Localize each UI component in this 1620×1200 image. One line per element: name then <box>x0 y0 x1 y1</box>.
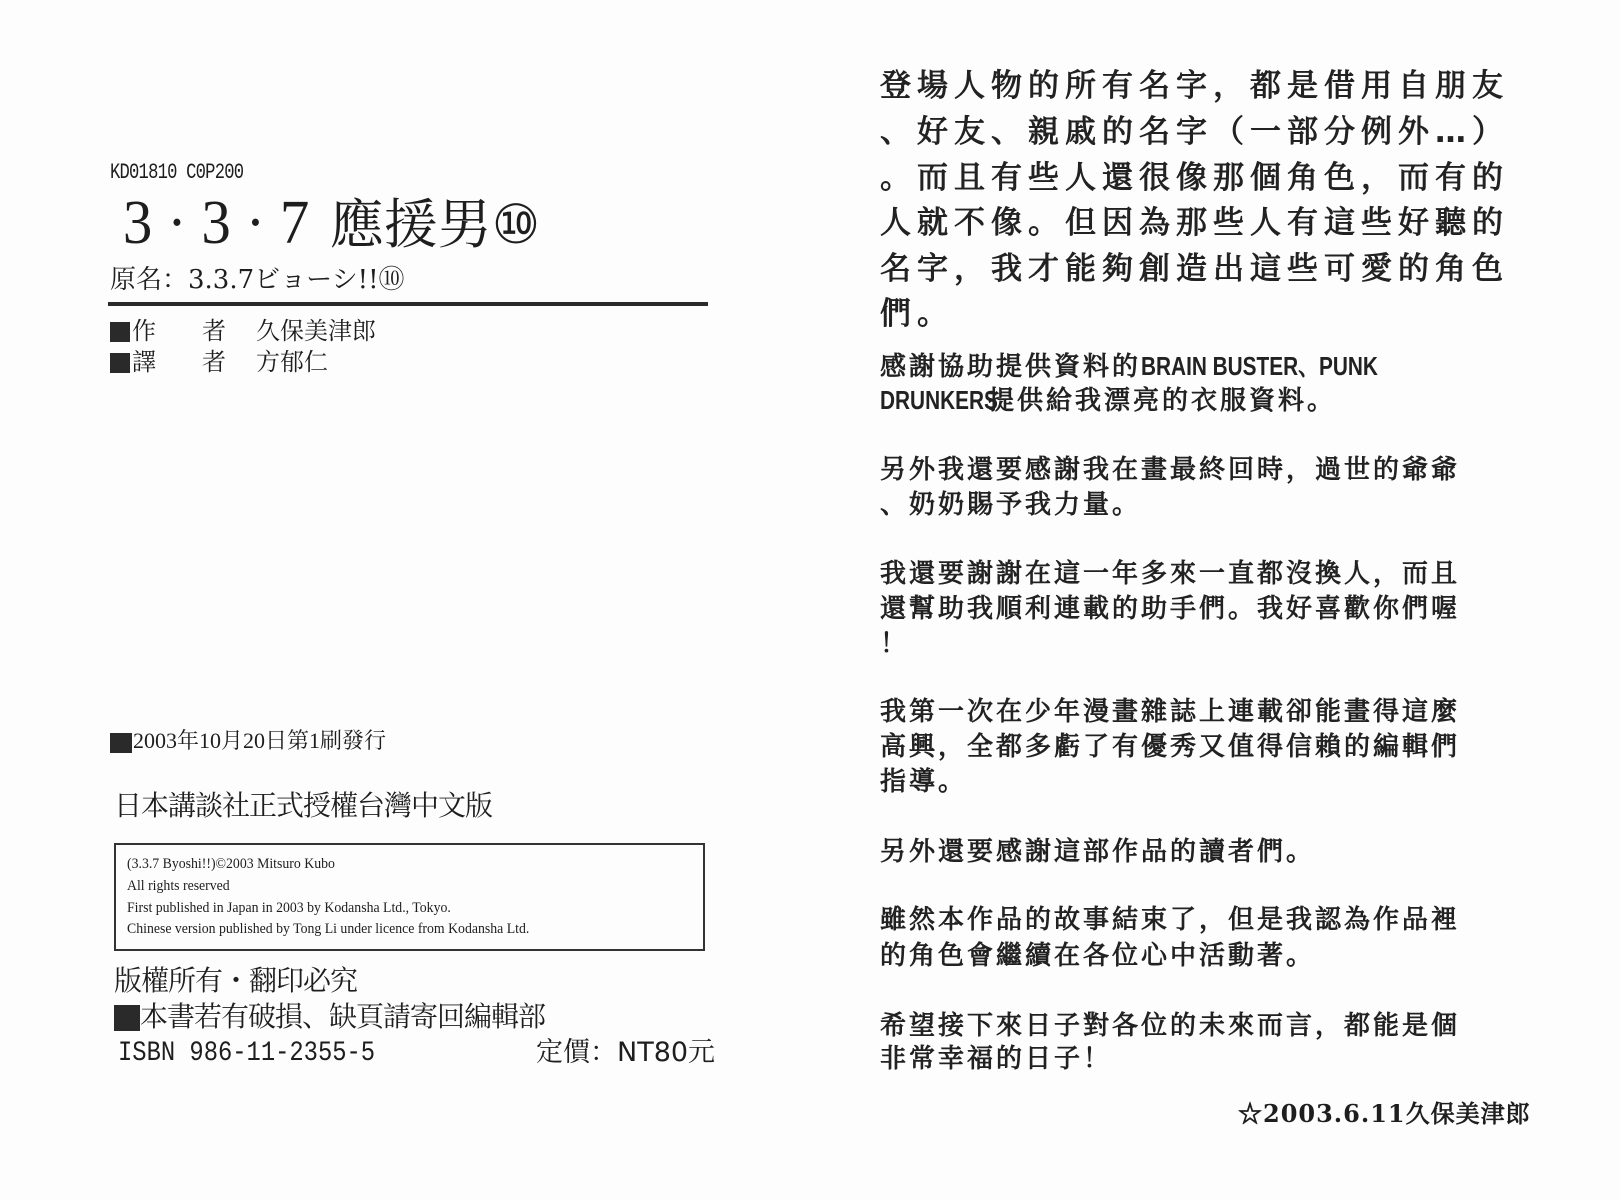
bullet-square-icon <box>110 733 132 753</box>
rights-notice: 版權所有・翻印必究 <box>114 964 357 998</box>
isbn: ISBN 986-11-2355-5 <box>118 1038 420 1070</box>
intro-line: 。而且有些人還很像那個角色，而有的 <box>880 160 1509 196</box>
thanks-assistants-line: 我還要謝謝在這一年多來一直都沒換人，而且 <box>880 558 1460 590</box>
license-statement: 日本講談社正式授權台灣中文版 <box>114 788 492 824</box>
title-numbers: 3 · 3 · 7 <box>123 190 309 256</box>
translator-name: 方郁仁 <box>256 348 328 376</box>
thanks-grandparents-line: 另外我還要感謝我在畫最終回時，過世的爺爺 <box>880 454 1460 486</box>
catalog-code: KD01810 C0P200 <box>110 160 281 185</box>
author-signature: ☆2003.6.11久保美津郎 <box>1238 1094 1531 1129</box>
intro-line: 登場人物的所有名字，都是借用自朋友 <box>880 68 1509 104</box>
bullet-square-icon <box>110 353 130 373</box>
original-title: 原名：3.3.7ビョーシ!!⑩ <box>110 264 405 296</box>
author-name: 久保美津郎 <box>256 317 376 345</box>
book-title: 3 · 3 · 7 應援男⑩ <box>118 190 540 258</box>
intro-line: 、好友、親戚的名字（一部分例外…） <box>880 114 1509 150</box>
title-han: 應援男⑩ <box>330 193 540 256</box>
thanks-assistants-line: 還幫助我順利連載的助手們。我好喜歡你們喔 <box>880 593 1460 625</box>
thanks-sponsors-line: 感謝協助提供資料的BRAIN BUSTER、PUNK <box>880 350 1437 383</box>
bullet-square-icon <box>110 322 130 342</box>
thanks-editors-line: 高興，全都多虧了有優秀又值得信賴的編輯們 <box>880 731 1460 763</box>
thanks-grandparents-line: 、奶奶賜予我力量。 <box>880 489 1141 521</box>
closing-wish-line: 非常幸福的日子！ <box>880 1043 1112 1075</box>
thanks-assistants-line: ！ <box>880 628 909 660</box>
closing-wish-line: 希望接下來日子對各位的未來而言，都能是個 <box>880 1010 1460 1042</box>
credit-translator: 譯者方郁仁 <box>110 347 328 377</box>
title-divider <box>108 302 708 306</box>
copyright-line: (3.3.7 Byoshi!!)©2003 Mitsuro Kubo <box>127 854 335 874</box>
credit-author: 作者久保美津郎 <box>110 316 376 346</box>
thanks-readers-line: 另外還要感謝這部作品的讀者們。 <box>880 836 1315 868</box>
copyright-line: All rights reserved <box>127 876 230 896</box>
copyright-box: (3.3.7 Byoshi!!)©2003 Mitsuro Kubo All r… <box>114 843 705 951</box>
closing-characters-line: 的角色會繼續在各位心中活動著。 <box>880 940 1315 972</box>
closing-characters-line: 雖然本作品的故事結束了，但是我認為作品裡 <box>880 904 1460 936</box>
intro-line: 名字，我才能夠創造出這些可愛的角色 <box>880 251 1509 287</box>
intro-line: 們。 <box>880 296 954 332</box>
copyright-line: Chinese version published by Tong Li und… <box>127 919 529 939</box>
copyright-line: First published in Japan in 2003 by Koda… <box>127 898 451 918</box>
thanks-editors-line: 我第一次在少年漫畫雜誌上連載卻能畫得這麼 <box>880 696 1460 728</box>
thanks-editors-line: 指導。 <box>880 766 967 798</box>
price: 定價：NT80元 <box>536 1036 715 1070</box>
thanks-sponsors-line: DRUNKERS提供給我漂亮的衣服資料。 <box>880 384 1336 417</box>
return-notice: 本書若有破損、缺頁請寄回編輯部 <box>114 1000 545 1034</box>
bullet-square-icon <box>114 1005 140 1031</box>
intro-line: 人就不像。但因為那些人有這些好聽的 <box>880 205 1509 241</box>
publish-date: 2003年10月20日第1刷發行 <box>110 727 386 755</box>
